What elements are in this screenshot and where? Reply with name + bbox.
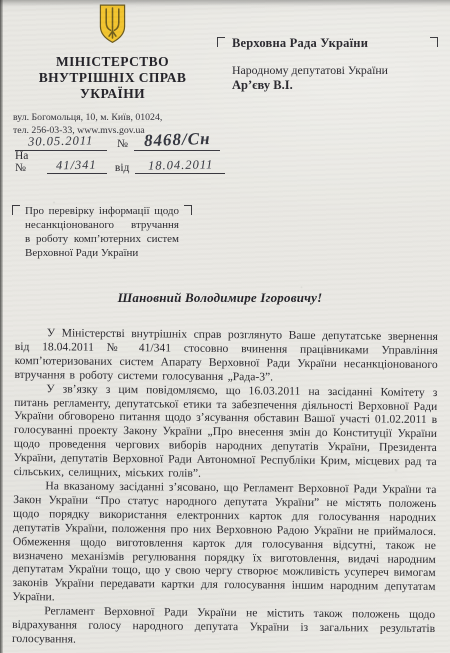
reply-date-handwritten: 18.04.2011 bbox=[147, 157, 213, 173]
body-paragraph: У Міністерстві внутрішніх справ розгляну… bbox=[14, 326, 438, 386]
subject-line: Про перевірку інформації щодо bbox=[25, 204, 179, 218]
addressee-name: Ар’єву В.І. bbox=[232, 78, 438, 92]
outgoing-number-handwritten: 8468/Сн bbox=[143, 129, 210, 151]
subject-line: в роботу комп’ютерних систем bbox=[25, 232, 179, 246]
address-line: вул. Богомольця, 10, м. Київ, 01024, bbox=[13, 112, 215, 125]
outgoing-reference-row: 30.05.2011 № 8468/Сн bbox=[15, 127, 225, 151]
body-paragraph: На вказаному засіданні з’ясовано, що Рег… bbox=[12, 479, 436, 608]
ministry-name-line: ВНУТРІШНІХ СПРАВ bbox=[10, 70, 215, 86]
ruled-line: 18.04.2011 bbox=[135, 158, 225, 174]
corner-bracket-left-icon bbox=[217, 37, 225, 47]
scanned-letter-page: МІНІСТЕРСТВО ВНУТРІШНІХ СПРАВ УКРАЇНИ ву… bbox=[0, 0, 450, 653]
salutation: Шановний Володимире Ігоровичу! bbox=[0, 290, 440, 306]
reply-reference-row: На № 41/341 від 18.04.2011 bbox=[15, 158, 225, 174]
subject-line: несанкціонованого втручання bbox=[25, 218, 179, 232]
body-paragraph: Регламент Верховної Ради України не міст… bbox=[12, 604, 435, 650]
reference-block: 30.05.2011 № 8468/Сн На № 41/341 від 18.… bbox=[15, 127, 225, 174]
ruled-line: 41/341 bbox=[47, 158, 107, 174]
corner-bracket-right-icon bbox=[430, 37, 438, 47]
reply-label: На № bbox=[15, 150, 42, 174]
corner-bracket-right-icon bbox=[184, 205, 192, 215]
reply-number-handwritten: 41/341 bbox=[56, 158, 97, 174]
number-sign-label: № bbox=[117, 138, 128, 150]
ministry-name: МІНІСТЕРСТВО ВНУТРІШНІХ СПРАВ УКРАЇНИ bbox=[10, 54, 215, 102]
ministry-name-line: УКРАЇНИ bbox=[10, 86, 215, 102]
addressee-block: Верховна Рада України Народному депутато… bbox=[217, 36, 438, 92]
scan-edge-left bbox=[0, 0, 3, 653]
subject-block: Про перевірку інформації щодо несанкціон… bbox=[12, 202, 192, 260]
letter-body: У Міністерстві внутрішніх справ розгляну… bbox=[12, 326, 438, 650]
outgoing-date-handwritten: 30.05.2011 bbox=[28, 133, 94, 149]
subject-line: Верховної Ради України bbox=[25, 246, 179, 260]
ministry-name-line: МІНІСТЕРСТВО bbox=[10, 54, 215, 70]
body-paragraph: У зв’язку з цим повідомляємо, що 16.03.2… bbox=[14, 382, 438, 483]
ruled-line: 30.05.2011 bbox=[15, 134, 107, 151]
scan-edge-top bbox=[0, 0, 450, 6]
corner-bracket-left-icon bbox=[12, 205, 20, 215]
ministry-header: МІНІСТЕРСТВО ВНУТРІШНІХ СПРАВ УКРАЇНИ ву… bbox=[10, 4, 215, 137]
ruled-line: 8468/Сн bbox=[134, 130, 220, 151]
ukraine-trident-emblem-icon bbox=[98, 4, 127, 44]
reply-date-label: від bbox=[115, 162, 129, 174]
addressee-role: Народному депутатові України bbox=[232, 63, 438, 77]
addressee-organization: Верховна Рада України bbox=[232, 36, 438, 50]
